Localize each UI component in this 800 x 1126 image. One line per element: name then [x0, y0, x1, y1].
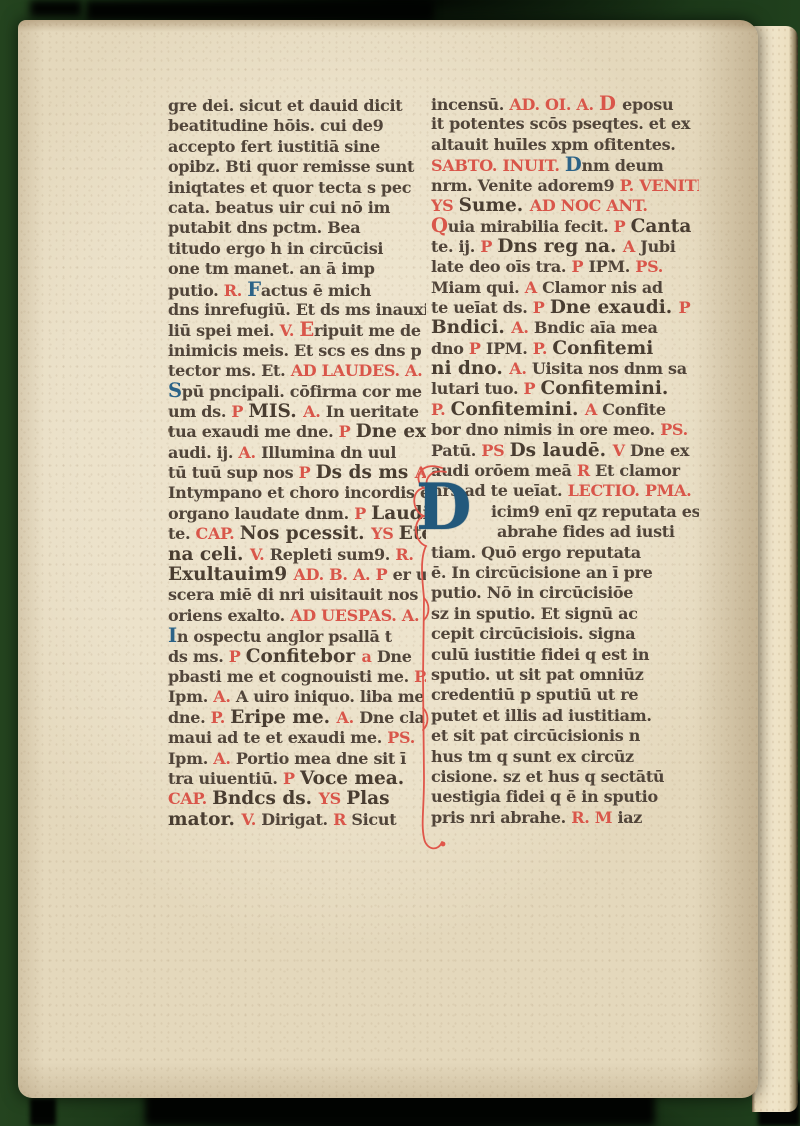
text-segment: A.: [213, 687, 236, 706]
text-segment: dns inrefugiū. Et ds ms inauxi: [168, 300, 426, 319]
text-segment: A.: [511, 318, 534, 337]
text-segment: P: [354, 504, 371, 523]
text-segment: dno: [431, 339, 469, 358]
text-segment: tector ms. Et.: [168, 361, 291, 380]
text-line: audi. ij. A. Illumina dn uul: [168, 443, 426, 463]
text-line: SABTO. INUIT. Dnm deum: [431, 155, 699, 175]
text-line: opibz. Bti quor remisse sunt: [168, 157, 426, 177]
text-line: ē. In circūcisione an ī pre: [431, 563, 699, 583]
text-segment: E: [299, 320, 314, 340]
text-line: putabit dns pctm. Bea: [168, 218, 426, 238]
text-line: na celi. V. Repleti sum9. R.: [168, 545, 426, 565]
text-segment: it potentes scōs pseqtes. et ex: [431, 114, 690, 133]
text-line: tua exaudi me dne. P Dne ex: [168, 422, 426, 442]
text-segment: P: [524, 379, 541, 398]
text-segment: V.: [241, 810, 261, 829]
cradle-shadow-top: [86, 0, 434, 21]
text-segment: A.: [509, 359, 532, 378]
text-segment: V.: [250, 545, 270, 564]
text-segment: cisione. sz et hus q sectātū: [431, 767, 664, 786]
text-segment: sz in sputio. Et signū ac: [431, 604, 638, 623]
text-segment: iaz: [617, 808, 642, 827]
text-line: YS Sume. AD NOC ANT.: [431, 196, 699, 216]
text-segment: Miam qui.: [431, 278, 525, 297]
text-segment: PS.: [635, 257, 663, 276]
text-segment: A: [623, 237, 640, 256]
text-segment: a: [362, 647, 377, 666]
text-segment: actus ē mich: [261, 281, 371, 300]
text-segment: n ospectu anglor psallā t: [177, 627, 392, 646]
left-text-column: gre dei. sicut et dauid dicitbeatitudine…: [168, 96, 426, 830]
text-segment: P: [480, 237, 497, 256]
text-line: culū iustitie fidei q est in: [431, 645, 699, 665]
text-segment: PS: [481, 441, 509, 460]
text-line: dne. P. Eripe me. A. Dne cla: [168, 708, 426, 728]
text-segment: ē. In circūcisione an ī pre: [431, 563, 653, 582]
text-segment: organo laudate dnm.: [168, 504, 354, 523]
text-line: iniqtates et quor tecta s pec: [168, 178, 426, 198]
text-segment: Plas: [346, 789, 389, 809]
text-segment: accepto fert iustitiā sine: [168, 137, 380, 156]
text-line: cata. beatus uir cui nō im: [168, 198, 426, 218]
text-segment: putabit dns pctm. Bea: [168, 218, 360, 237]
text-segment: sputio. ut sit pat omniūz: [431, 665, 644, 684]
text-line: Quia mirabilia fecit. P Canta: [431, 216, 699, 236]
text-segment: Dns reg na.: [497, 237, 623, 257]
text-line: sputio. ut sit pat omniūz: [431, 665, 699, 685]
text-line: altauit huīles xpm ofitentes.: [431, 135, 699, 155]
text-segment: YS: [319, 789, 347, 808]
text-segment: one tm manet. an ā imp: [168, 259, 375, 278]
text-segment: P: [571, 257, 588, 276]
text-segment: R: [577, 461, 595, 480]
text-segment: Confitebor: [246, 647, 362, 667]
text-segment: uia mirabilia fecit.: [448, 217, 614, 236]
text-segment: Canta: [631, 216, 692, 236]
text-segment: tra uiuentiū.: [168, 769, 283, 788]
text-line: Intympano et choro incordis et: [168, 483, 426, 503]
text-line: Ipm. A. Portio mea dne sit ī: [168, 749, 426, 769]
photograph-of-manuscript: { "palette": { "background_green": "#1b3…: [0, 0, 800, 1126]
text-segment: A.: [303, 402, 326, 421]
text-segment: Confite: [602, 400, 665, 419]
text-segment: Ds laudē.: [510, 441, 613, 461]
text-line: accepto fert iustitiā sine: [168, 137, 426, 157]
text-line: cisione. sz et hus q sectātū: [431, 767, 699, 787]
text-segment: icim9 enī qz reputata est: [491, 502, 699, 521]
text-segment: Sume.: [459, 196, 530, 216]
text-segment: IPM.: [588, 257, 635, 276]
text-line: dns inrefugiū. Et ds ms inauxi: [168, 300, 426, 320]
text-segment: te ueīat ds.: [431, 298, 533, 317]
text-segment: altauit huīles xpm ofitentes.: [431, 135, 676, 154]
text-line: it potentes scōs pseqtes. et ex: [431, 114, 699, 134]
text-segment: A.: [213, 749, 236, 768]
text-segment: nrm. Venite adorem9: [431, 176, 620, 195]
text-segment: P: [229, 647, 246, 666]
text-line: incensū. AD. OI. A. D eposu: [431, 94, 699, 114]
text-line: credentiū p sputiū ut re: [431, 685, 699, 705]
text-line: oriens exalto. AD UESPAS. A.: [168, 606, 426, 626]
text-segment: dne.: [168, 708, 211, 727]
text-line: lutari tuo. P Confitemini.: [431, 379, 699, 399]
text-line: Ipm. A. A uiro iniquo. liba me: [168, 687, 426, 707]
text-line: Bndici. A. Bndic aīa mea: [431, 318, 699, 338]
text-segment: culū iustitie fidei q est in: [431, 645, 649, 664]
text-line: liū spei mei. V. Eripuit me de: [168, 320, 426, 340]
text-segment: P: [533, 298, 550, 317]
text-segment: R.: [224, 281, 248, 300]
text-segment: P: [469, 339, 486, 358]
manuscript-page: gre dei. sicut et dauid dicitbeatitudine…: [18, 20, 758, 1098]
text-segment: mator.: [168, 810, 241, 830]
text-line: maui ad te et exaudi me. PS.: [168, 728, 426, 748]
text-segment: P.: [211, 708, 231, 727]
text-segment: putio. Nō in circūcisiōe: [431, 583, 633, 602]
text-line: putet et illis ad iustitiam.: [431, 706, 699, 726]
text-segment: Bndici.: [431, 318, 511, 338]
text-segment: tua exaudi me dne.: [168, 422, 339, 441]
text-segment: te.: [168, 524, 196, 543]
text-segment: Bndcs ds.: [212, 789, 318, 809]
text-segment: R: [333, 810, 351, 829]
text-segment: P: [283, 769, 300, 788]
text-line: tector ms. Et. AD LAUDES. A.: [168, 361, 426, 381]
text-segment: A: [585, 400, 602, 419]
text-segment: YS: [431, 196, 459, 215]
text-line: mator. V. Dirigat. R Sicut: [168, 810, 426, 830]
text-segment: incensū.: [431, 95, 509, 114]
text-segment: bor dno nimis in ore meo.: [431, 420, 660, 439]
text-line: sz in sputio. Et signū ac: [431, 604, 699, 624]
text-segment: F: [247, 280, 261, 300]
text-line: ni dno. A. Uisita nos dnm sa: [431, 359, 699, 379]
text-line: Patū. PS Ds laudē. V Dne ex: [431, 441, 699, 461]
text-segment: Jubi: [640, 237, 675, 256]
text-segment: Nos pcessit.: [240, 524, 371, 544]
text-line: CAP. Bndcs ds. YS Plas: [168, 789, 426, 809]
text-segment: ripuit me de: [314, 321, 421, 340]
text-line: gre dei. sicut et dauid dicit: [168, 96, 426, 116]
text-segment: liū spei mei.: [168, 321, 280, 340]
text-segment: Eripe me.: [230, 708, 336, 728]
text-segment: Confitemini.: [541, 379, 669, 399]
text-line: cepit circūcisiois. signa: [431, 624, 699, 644]
text-segment: Exultauim9: [168, 565, 294, 585]
text-segment: hus tm q sunt ex circūz: [431, 747, 634, 766]
text-line: tra uiuentiū. P Voce mea.: [168, 769, 426, 789]
text-segment: putet et illis ad iustitiam.: [431, 706, 652, 725]
text-segment: Ipm.: [168, 749, 213, 768]
text-segment: eposu: [622, 95, 673, 114]
text-segment: P: [299, 463, 316, 482]
text-segment: beatitudine hōis. cui de9: [168, 116, 383, 135]
text-segment: Q: [431, 216, 448, 236]
text-segment: audi. ij.: [168, 443, 238, 462]
text-segment: MIS.: [248, 402, 303, 422]
text-segment: Repleti sum9.: [270, 545, 396, 564]
text-segment: oriens exalto.: [168, 606, 290, 625]
text-line: te ueīat ds. P Dne exaudi. P: [431, 298, 699, 318]
text-segment: et sit pat circūcisionis n: [431, 726, 640, 745]
text-segment: Patū.: [431, 441, 481, 460]
drop-cap-initial-d: D: [416, 470, 488, 554]
text-segment: V.: [280, 321, 300, 340]
text-segment: Uisita nos dnm sa: [532, 359, 687, 378]
text-line: hus tm q sunt ex circūz: [431, 747, 699, 767]
text-line: uestigia fidei q ē in sputio: [431, 787, 699, 807]
text-segment: D: [599, 94, 622, 114]
text-line: um ds. P MIS. A. In ueritate: [168, 402, 426, 422]
text-line: te. ij. P Dns reg na. A Jubi: [431, 237, 699, 257]
text-segment: P.: [533, 339, 553, 358]
cradle-shadow-top-left: [30, 0, 82, 17]
text-line: P. Confitemini. A Confite: [431, 400, 699, 420]
text-segment: Ds ds ms: [316, 463, 415, 483]
text-segment: A.: [337, 708, 360, 727]
text-segment: PS.: [660, 420, 688, 439]
text-line: In ospectu anglor psallā t: [168, 626, 426, 646]
text-segment: LECTIO. PMA.: [568, 481, 692, 500]
text-line: bor dno nimis in ore meo. PS.: [431, 420, 699, 440]
text-segment: A.: [238, 443, 261, 462]
text-segment: Dne ex: [630, 441, 689, 460]
text-segment: nm deum: [582, 156, 664, 175]
text-segment: gre dei. sicut et dauid dicit: [168, 96, 402, 115]
text-segment: CAP.: [168, 789, 212, 808]
text-segment: AD NOC ANT.: [530, 196, 648, 215]
text-segment: titudo ergo h in circūcisi: [168, 239, 383, 258]
text-line: Spū pncipali. cōfirma cor me: [168, 381, 426, 401]
text-line: inimicis meis. Et scs es dns p: [168, 341, 426, 361]
text-segment: um ds.: [168, 402, 231, 421]
text-segment: Ipm.: [168, 687, 213, 706]
text-segment: Dne: [377, 647, 412, 666]
text-segment: te. ij.: [431, 237, 480, 256]
text-line: et sit pat circūcisionis n: [431, 726, 699, 746]
text-segment: late deo oīs tra.: [431, 257, 571, 276]
text-segment: P. VENITE.: [620, 176, 699, 195]
text-segment: AD LAUDES. A.: [291, 361, 423, 380]
text-segment: putio.: [168, 281, 224, 300]
text-segment: Dne ex: [356, 422, 426, 442]
text-line: late deo oīs tra. P IPM. PS.: [431, 257, 699, 277]
text-segment: Bndic aīa mea: [534, 318, 658, 337]
text-segment: cata. beatus uir cui nō im: [168, 198, 390, 217]
text-segment: Confitemini.: [451, 400, 585, 420]
text-line: dno P IPM. P. Confitemi: [431, 339, 699, 359]
text-segment: ds ms.: [168, 647, 229, 666]
text-segment: iniqtates et quor tecta s pec: [168, 178, 411, 197]
text-segment: pū pncipali. cōfirma cor me: [182, 382, 422, 401]
text-segment: inimicis meis. Et scs es dns p: [168, 341, 421, 360]
text-segment: SABTO. INUIT.: [431, 156, 565, 175]
text-segment: P: [679, 298, 691, 317]
text-segment: R. M: [571, 808, 617, 827]
text-line: nrm. Venite adorem9 P. VENITE.: [431, 176, 699, 196]
text-segment: uestigia fidei q ē in sputio: [431, 787, 658, 806]
text-segment: P.: [431, 400, 451, 419]
text-segment: pbasti me et cognouisti me.: [168, 667, 414, 686]
text-line: pbasti me et cognouisti me. P.: [168, 667, 426, 687]
text-segment: S: [168, 381, 182, 401]
text-segment: P: [339, 422, 356, 441]
text-segment: I: [168, 626, 177, 646]
text-line: putio. R. Factus ē mich: [168, 280, 426, 300]
text-line: scera miē di nri uisitauit nos: [168, 585, 426, 605]
text-segment: abrahe fides ad iusti: [497, 522, 675, 541]
text-segment: Voce mea.: [300, 769, 404, 789]
text-segment: A uiro iniquo. liba me: [236, 687, 424, 706]
text-line: one tm manet. an ā imp: [168, 259, 426, 279]
text-segment: AD UESPAS. A.: [290, 606, 419, 625]
text-segment: A: [525, 278, 542, 297]
text-segment: CAP.: [196, 524, 240, 543]
text-segment: P: [231, 402, 248, 421]
text-segment: Et clamor: [595, 461, 680, 480]
text-segment: Clamor nis ad: [542, 278, 663, 297]
text-line: Miam qui. A Clamor nis ad: [431, 278, 699, 298]
right-text-column: incensū. AD. OI. A. D eposuit potentes s…: [431, 94, 699, 828]
text-segment: lutari tuo.: [431, 379, 524, 398]
text-segment: scera miē di nri uisitauit nos: [168, 585, 418, 604]
text-line: putio. Nō in circūcisiōe: [431, 583, 699, 603]
text-segment: Illumina dn uul: [261, 443, 396, 462]
cradle-clamp-bottom-left: [30, 1098, 56, 1126]
text-segment: P: [614, 217, 631, 236]
text-segment: tū tuū sup nos: [168, 463, 299, 482]
text-line: pris nri abrahe. R. M iaz: [431, 808, 699, 828]
text-segment: AD. B. A. P: [294, 565, 393, 584]
text-segment: Portio mea dne sit ī: [236, 749, 406, 768]
text-segment: D: [565, 155, 582, 175]
text-line: te. CAP. Nos pcessit. YS Eter: [168, 524, 426, 544]
text-segment: Dne exaudi.: [550, 298, 679, 318]
text-line: ds ms. P Confitebor a Dne: [168, 647, 426, 667]
text-line: tū tuū sup nos P Ds ds ms A: [168, 463, 426, 483]
text-segment: opibz. Bti quor remisse sunt: [168, 157, 414, 176]
text-segment: YS: [371, 524, 399, 543]
text-segment: V: [613, 441, 630, 460]
text-line: organo laudate dnm. P Laudi: [168, 504, 426, 524]
text-segment: ni dno.: [431, 359, 509, 379]
text-segment: cepit circūcisiois. signa: [431, 624, 635, 643]
text-segment: Intympano et choro incordis et: [168, 483, 426, 502]
text-segment: na celi.: [168, 545, 250, 565]
text-segment: Dirigat.: [261, 810, 333, 829]
text-line: beatitudine hōis. cui de9: [168, 116, 426, 136]
text-segment: AD. OI. A.: [509, 95, 599, 114]
book-fore-edge: [752, 26, 798, 1112]
text-segment: Sicut: [351, 810, 396, 829]
text-segment: maui ad te et exaudi me.: [168, 728, 387, 747]
text-line: Exultauim9 AD. B. A. P er ui: [168, 565, 426, 585]
text-segment: In ueritate: [326, 402, 419, 421]
text-segment: Confitemi: [552, 339, 653, 359]
text-segment: IPM.: [486, 339, 533, 358]
text-segment: credentiū p sputiū ut re: [431, 685, 638, 704]
text-line: titudo ergo h in circūcisi: [168, 239, 426, 259]
